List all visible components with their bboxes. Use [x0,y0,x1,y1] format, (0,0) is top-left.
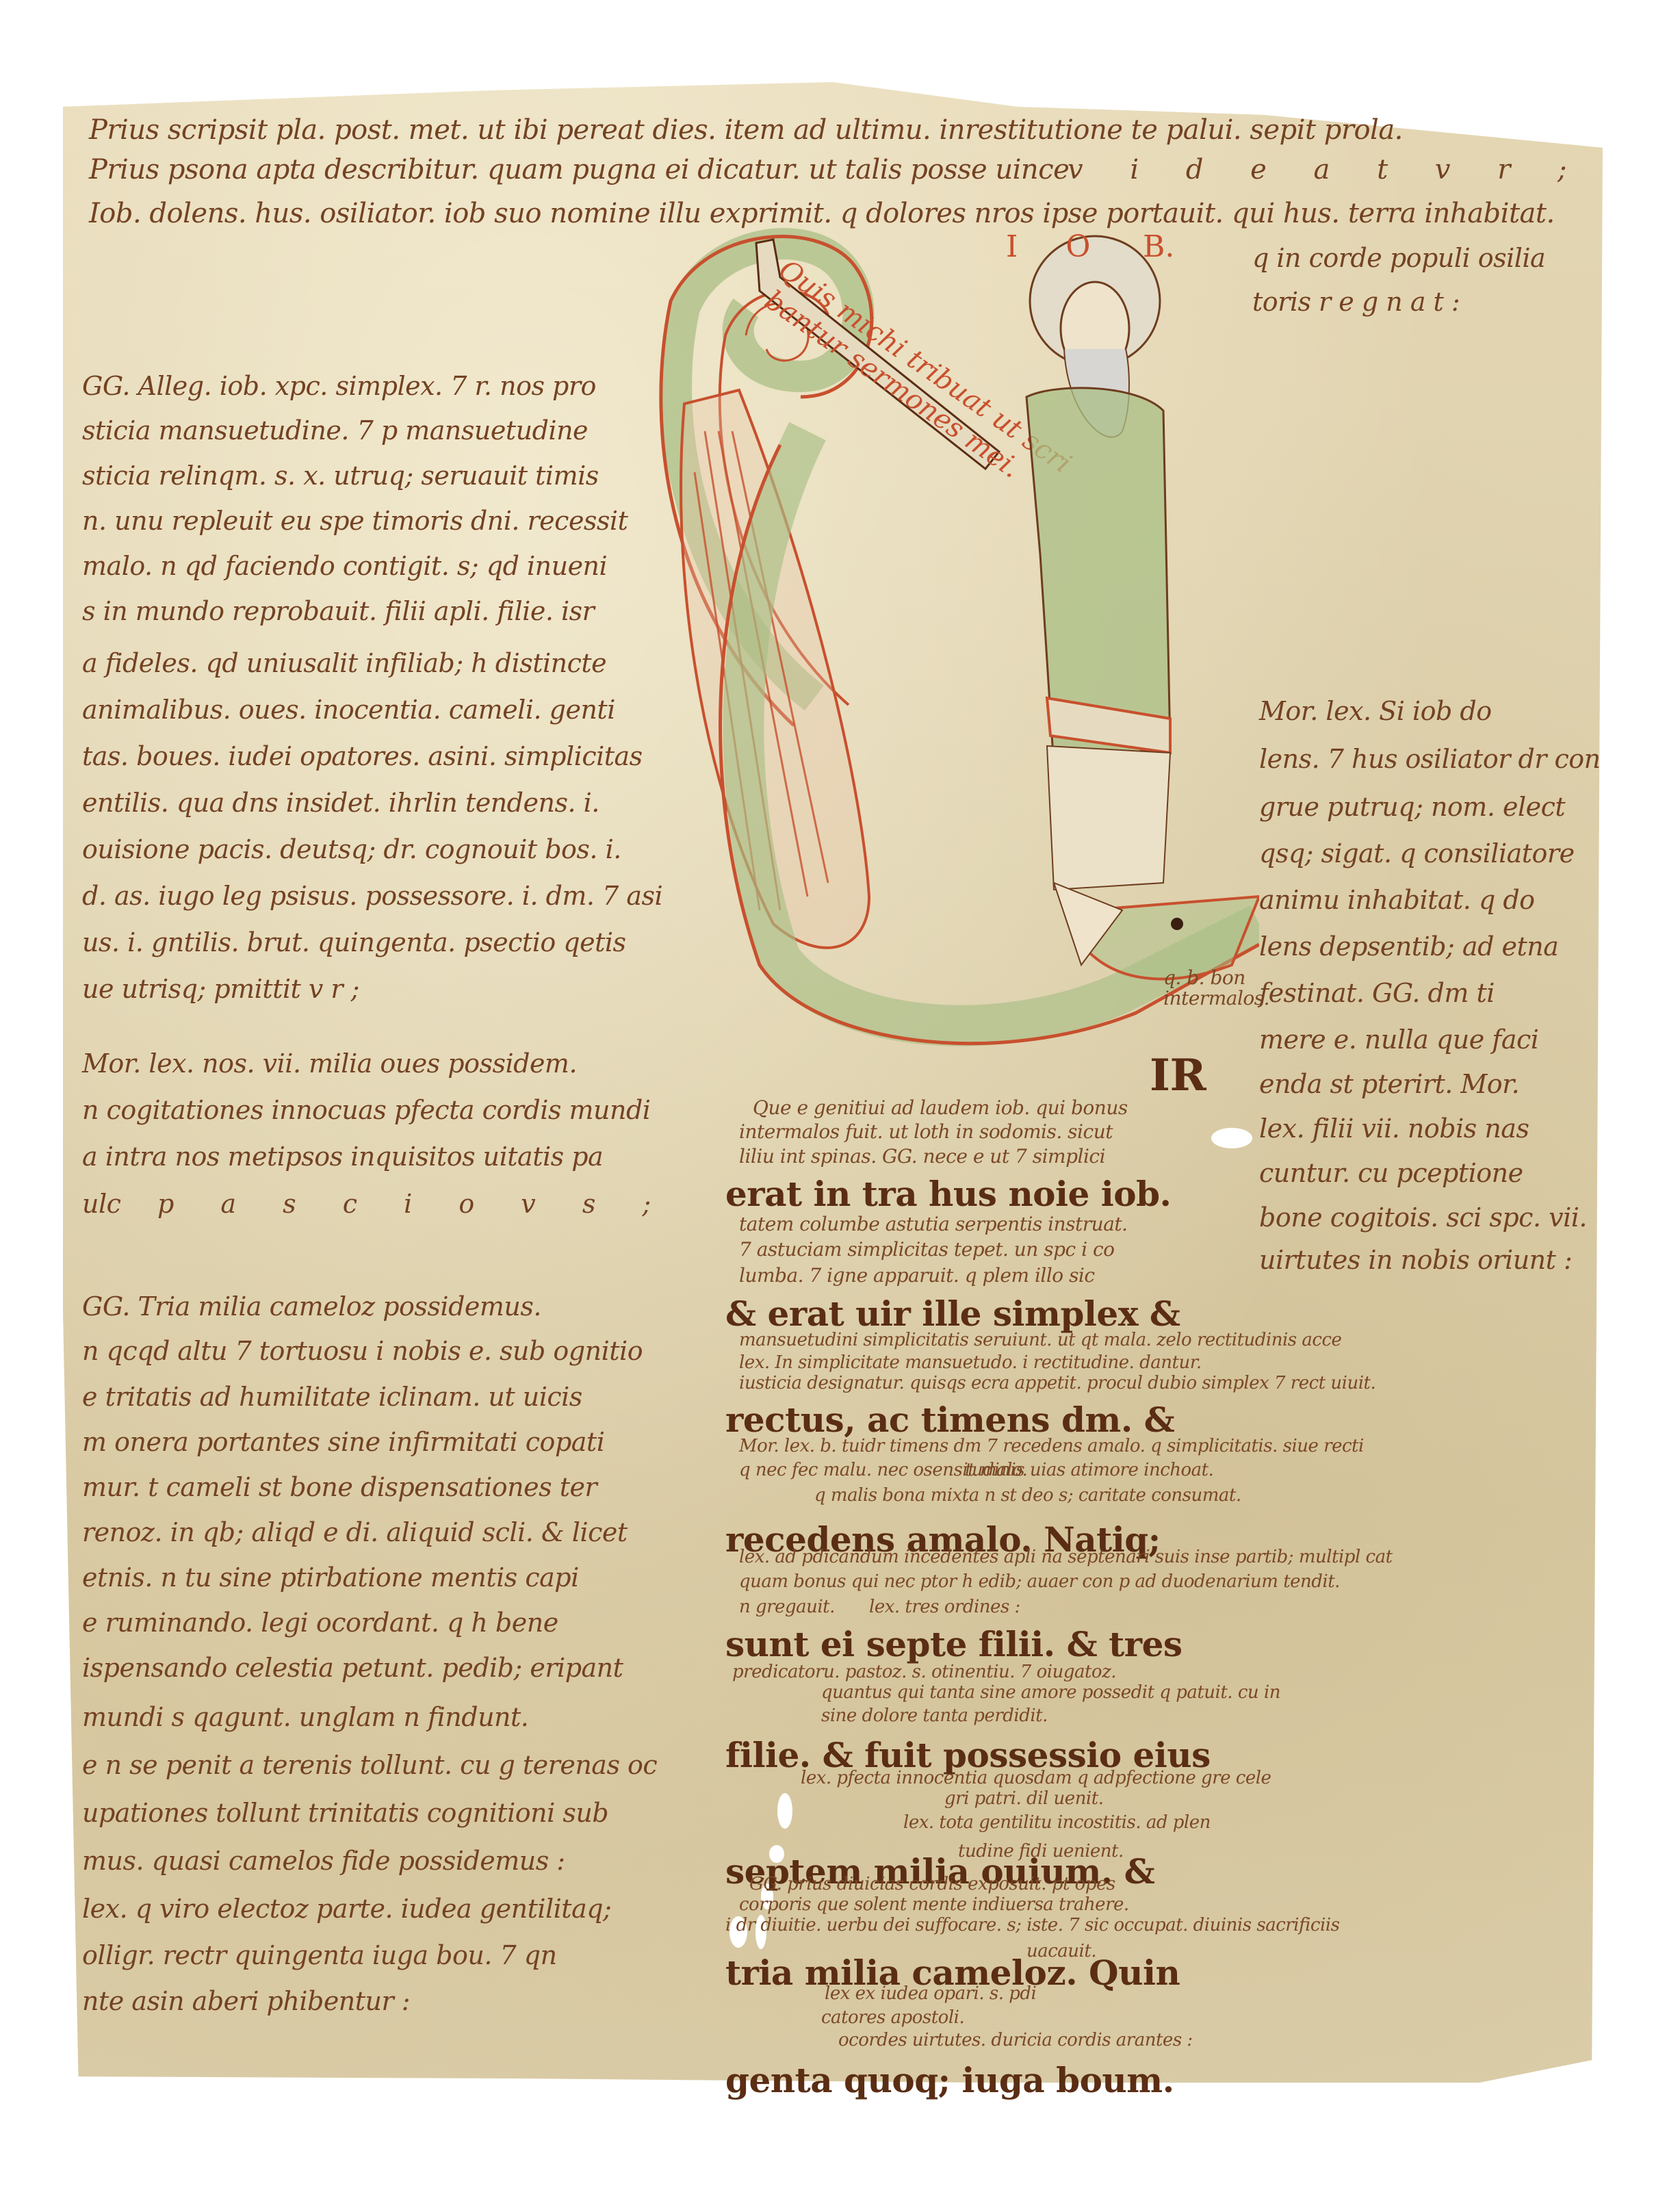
left-line: e tritatis ad humilitate iclinam. ut uic… [82,1384,582,1410]
main-text-line: & erat uir ille simplex & [725,1297,1180,1331]
gloss-line: i dr diuitie. uerbu dei suffocare. s; is… [725,1916,1339,1934]
top-rubric: v i d e a t v r ; [1068,156,1586,183]
left-line: e ruminando. legi ocordant. q h bene [82,1610,558,1636]
right-line: qsq; sigat. q consiliatore [1259,840,1575,866]
right-line: grue putruq; nom. elect [1259,794,1565,820]
left-line: m onera portantes sine infirmitati copat… [82,1429,604,1455]
historiated-initial-v: Quis michi tribuat ut scri bantur sermon… [643,226,1259,1061]
right-line: lex. filii vii. nobis nas [1259,1116,1529,1142]
left-line: ulc [82,1191,120,1217]
main-text-line: rectus, ac timens dm. & [725,1403,1174,1437]
gloss-line: lex. tres ordines : [869,1598,1020,1616]
gloss-line: quam bonus qui nec ptor h edib; auaer co… [739,1573,1340,1590]
right-line: enda st pterirt. Mor. [1259,1071,1519,1097]
right-line: animu inhabitat. q do [1259,887,1535,913]
label-b: B. [1143,229,1174,264]
gloss-line: corporis que solent mente indiuersa trah… [739,1896,1129,1914]
left-line: GG. Tria milia cameloz possidemus. [82,1293,541,1319]
right-line: festinat. GG. dm ti [1259,980,1495,1006]
main-text-line: sunt ei septe filii. & tres [725,1627,1183,1662]
gloss-line: ocordes uirtutes. duricia cordis arantes… [838,2031,1193,2049]
gloss-line: q malis bona mixta n st deo s; caritate … [814,1486,1241,1504]
left-line: e n se penit a terenis tollunt. cu g ter… [82,1752,657,1778]
left-line: entilis. qua dns insidet. ihrlin tendens… [82,790,599,816]
top-line: Prius psona apta describitur. quam pugna… [89,156,1069,183]
left-line: mur. t cameli st bone dispensationes ter [82,1474,597,1500]
gloss-line: lex. tota gentilitu incostitis. ad plen [903,1814,1211,1831]
gloss-line: iusticia designatur. quisqs ecra appetit… [739,1374,1375,1392]
right-line: bone cogitois. sci spc. vii. [1259,1204,1587,1231]
tunic [1047,746,1170,890]
left-line: renoz. in qb; aliqd e di. aliquid scli. … [82,1519,628,1545]
right-line: lens. 7 hus osiliator dr con [1259,746,1601,772]
left-line: mundi s qagunt. unglam n findunt. [82,1704,528,1730]
right-line: uirtutes in nobis oriunt : [1259,1247,1572,1273]
gloss-line: lex ex iudea opari. s. pdi [825,1985,1036,2002]
gloss-line: catores apostoli. [821,2009,964,2026]
gloss-line: tudinis uias atimore inchoat. [965,1461,1213,1479]
right-line: cuntur. cu pceptione [1259,1160,1523,1186]
illum-caption: intermalos. [1163,989,1269,1008]
initial-ir: IR [1150,1054,1206,1098]
main-text-line: erat in tra hus noie iob. [725,1177,1171,1211]
left-line: a fideles. qd uniusalit infiliab; h dist… [82,650,606,676]
left-line: ue utrisq; pmittit v r ; [82,976,359,1002]
right-top-gloss: toris r e g n a t : [1252,289,1460,315]
right-line: mere e. nulla que faci [1259,1027,1538,1053]
left-line: sticia mansuetudine. 7 p mansuetudine [82,417,588,443]
left-line: GG. Alleg. iob. xpc. simplex. 7 r. nos p… [82,373,596,399]
gloss-line: mansuetudini simplicitatis seruiunt. ut … [739,1331,1341,1349]
gloss-line: liliu int spinas. GG. nece e ut 7 simpli… [739,1147,1105,1166]
gloss-line: lumba. 7 igne apparuit. q plem illo sic [739,1266,1095,1285]
left-line: ouisione pacis. deutsq; dr. cognouit bos… [82,836,621,862]
gloss-line: lex. ad pdicandum incedentes apli na sep… [739,1548,1393,1566]
left-rubric: p a s c i o v s ; [157,1191,670,1217]
left-line: nte asin aberi phibentur : [82,1988,410,2014]
gloss-line: tatem columbe astutia serpentis instruat… [739,1215,1128,1234]
gloss-line: predicatoru. pastoz. s. otinentiu. 7 oiu… [732,1663,1116,1681]
left-line: upationes tollunt trinitatis cognitioni … [82,1800,608,1826]
right-line: Mor. lex. Si iob do [1259,698,1492,724]
job-figure [1026,236,1170,965]
left-line: n qcqd altu 7 tortuosu i nobis e. sub og… [82,1338,643,1364]
top-line: Prius scripsit pla. post. met. ut ibi pe… [89,116,1403,144]
left-line: malo. n qd faciendo contigit. s; qd inue… [82,553,607,579]
parchment-hole [1211,1128,1252,1148]
gloss-line: GG. prius diuicias cordis exposuit. pt o… [749,1875,1115,1893]
gloss-line: n gregauit. [739,1598,835,1616]
left-line: a intra nos metipsos inquisitos uitatis … [82,1144,603,1170]
gloss-line: 7 astuciam simplicitas tepet. un spc i c… [739,1240,1115,1259]
left-line: n. unu repleuit eu spe timoris dni. rece… [82,508,628,534]
left-line: lex. q viro electoz parte. iudea gentili… [82,1896,611,1922]
left-line: animalibus. oues. inocentia. cameli. gen… [82,697,615,723]
gloss-line: intermalos fuit. ut loth in sodomis. sic… [739,1122,1113,1142]
label-io: I O [1006,229,1109,264]
right-line: lens depsentib; ad etna [1259,933,1558,959]
gloss-line: quantus qui tanta sine amore possedit q … [821,1684,1280,1701]
parchment-hole [777,1793,792,1829]
left-line: n cogitationes innocuas pfecta cordis mu… [82,1097,650,1123]
left-line: ispensando celestia petunt. pedib; eripa… [82,1655,623,1681]
left-line: etnis. n tu sine ptirbatione mentis capi [82,1564,579,1590]
left-line: d. as. iugo leg psisus. possessore. i. d… [82,883,662,909]
left-line: tas. boues. iudei opatores. asini. simpl… [82,743,643,769]
left-line: us. i. gntilis. brut. quingenta. psectio… [82,929,626,955]
left-line: sticia relinqm. s. x. utruq; seruauit ti… [82,463,599,489]
gloss-line: Mor. lex. b. tuidr timens dm 7 recedens … [739,1437,1364,1455]
gloss-line: gri patri. dil uenit. [944,1790,1103,1807]
right-top-gloss: q in corde populi osilia [1252,245,1545,271]
dragon-eye [1171,918,1183,930]
illum-caption: q. b. bon [1163,968,1245,988]
gloss-line: Que e genitiui ad laudem iob. qui bonus [753,1098,1128,1118]
top-line: Iob. dolens. hus. osiliator. iob suo nom… [89,200,1555,227]
left-line: Mor. lex. nos. vii. milia oues possidem. [82,1051,577,1077]
gloss-line: sine dolore tanta perdidit. [821,1707,1048,1725]
gloss-line: lex. In simplicitate mansuetudo. i recti… [739,1354,1202,1371]
left-line: s in mundo reprobauit. filii apli. filie… [82,598,594,624]
left-line: olligr. rectr quingenta iuga bou. 7 qn [82,1942,557,1968]
main-text-line: genta quoq; iuga boum. [725,2063,1174,2098]
left-line: mus. quasi camelos fide possidemus : [82,1848,565,1874]
gloss-line: lex. pfecta innocentia quosdam q adpfect… [801,1769,1271,1787]
